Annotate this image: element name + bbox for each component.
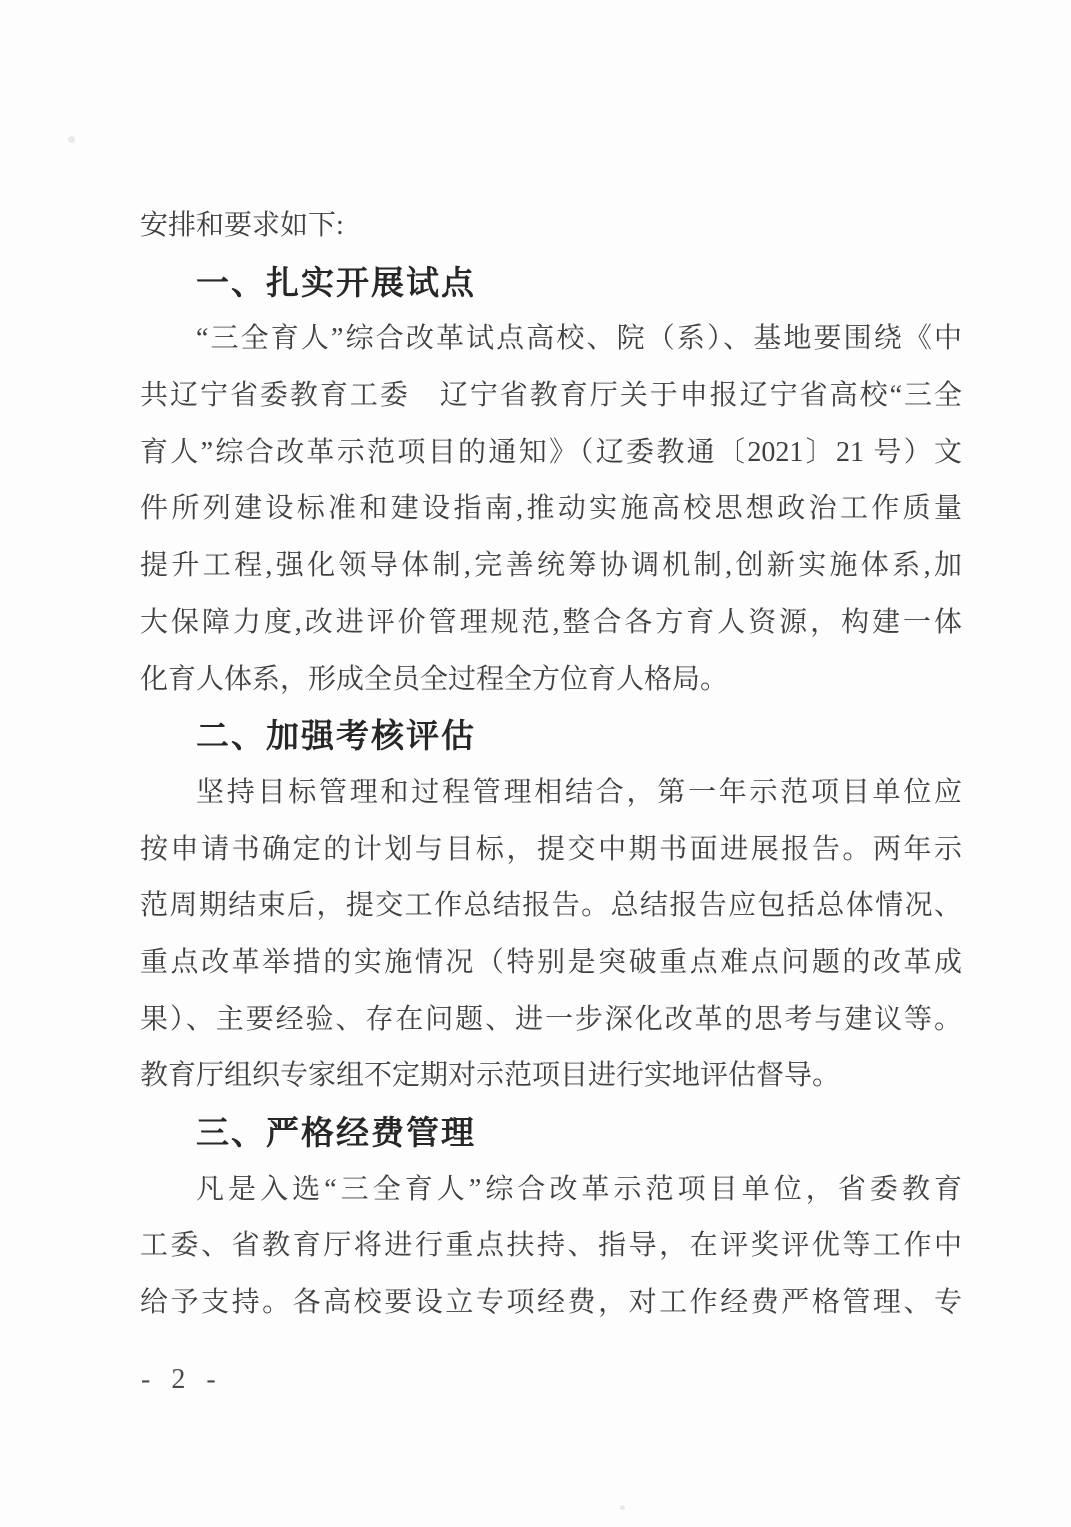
text-line: 坚持目标管理和过程管理相结合，第一年示范项目单位应 <box>140 765 962 822</box>
text-line: 范周期结束后，提交工作总结报告。总结报告应包括总体情况、 <box>140 878 962 935</box>
scan-speck <box>620 1505 625 1510</box>
text-line: 大保障力度,改进评价管理规范,整合各方育人资源，构建一体 <box>140 595 962 652</box>
text-line: 果）、主要经验、存在问题、进一步深化改革的思考与建议等。 <box>140 992 962 1049</box>
text-line: 教育厅组织专家组不定期对示范项目进行实地评估督导。 <box>140 1048 962 1105</box>
text-line: 凡是入选“三全育人”综合改革示范项目单位，省委教育 <box>140 1162 962 1219</box>
text-line: 件所列建设标准和建设指南,推动实施高校思想政治工作质量 <box>140 481 962 538</box>
text-line: 提升工程,强化领导体制,完善统筹协调机制,创新实施体系,加 <box>140 538 962 595</box>
text-line: 工委、省教育厅将进行重点扶持、指导，在评奖评优等工作中 <box>140 1218 962 1275</box>
text-line: 给予支持。各高校要设立专项经费，对工作经费严格管理、专 <box>140 1275 962 1332</box>
section-heading: 二、加强考核评估 <box>140 708 962 765</box>
scanned-document-page: 安排和要求如下:一、扎实开展试点“三全育人”综合改革试点高校、院（系）、基地要围… <box>0 0 1071 1527</box>
text-line: 共辽宁省委教育工委 辽宁省教育厅关于申报辽宁省高校“三全 <box>140 368 962 425</box>
text-line: 育人”综合改革示范项目的通知》（辽委教通〔2021〕21 号）文 <box>140 425 962 482</box>
scan-speck <box>68 136 75 143</box>
text-line: 按申请书确定的计划与目标，提交中期书面进展报告。两年示 <box>140 822 962 879</box>
text-line: 安排和要求如下: <box>140 198 962 255</box>
section-heading: 一、扎实开展试点 <box>140 255 962 312</box>
section-heading: 三、严格经费管理 <box>140 1105 962 1162</box>
page-number: - 2 - <box>141 1358 223 1402</box>
text-line: 化育人体系，形成全员全过程全方位育人格局。 <box>140 652 962 709</box>
document-body: 安排和要求如下:一、扎实开展试点“三全育人”综合改革试点高校、院（系）、基地要围… <box>140 198 962 1332</box>
text-line: “三全育人”综合改革试点高校、院（系）、基地要围绕《中 <box>140 311 962 368</box>
text-line: 重点改革举措的实施情况（特别是突破重点难点问题的改革成 <box>140 935 962 992</box>
